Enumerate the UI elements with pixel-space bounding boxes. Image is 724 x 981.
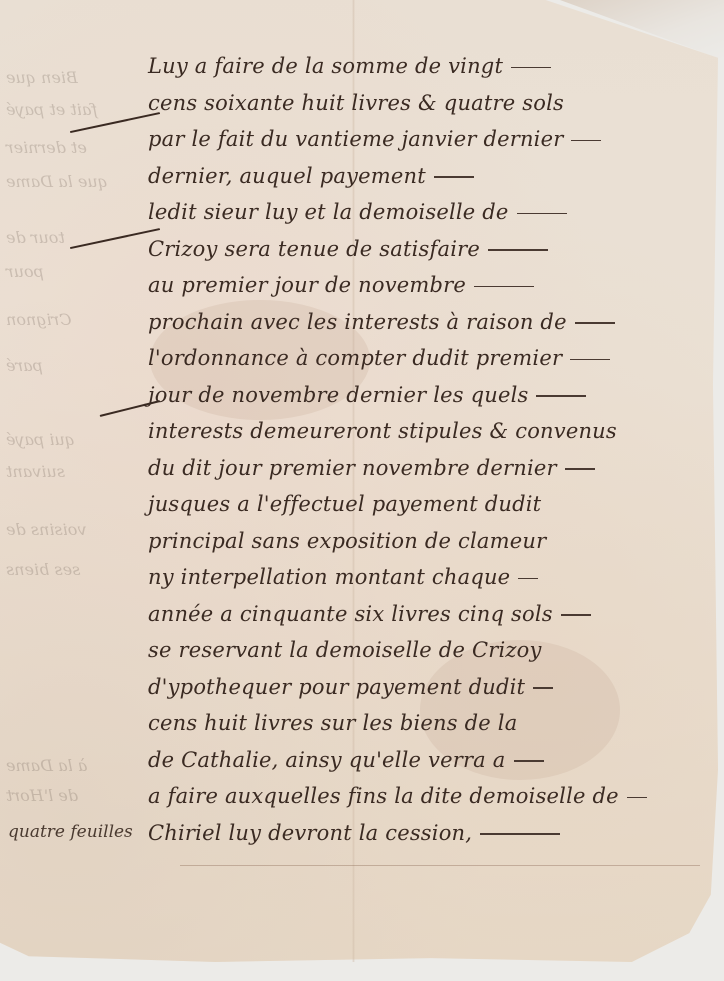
text-line: cens soixante huit livres & quatre sols [148, 85, 708, 122]
text-line: interests demeureront stipules & convenu… [148, 413, 708, 450]
bleed-through-text: pour [6, 262, 44, 281]
bleed-through-text: tour de [6, 228, 65, 247]
text-line: principal sans exposition de clameur [148, 523, 708, 560]
manuscript-scan: Bien que fait et payé et dernier que la … [0, 0, 724, 981]
text-line: jour de novembre dernier les quels [148, 377, 708, 414]
text-line: cens huit livres sur les biens de la [148, 705, 708, 742]
text-line: de Cathalie, ainsy qu'elle verra a [148, 742, 708, 779]
text-line: Chiriel luy devront la cession, [148, 815, 708, 852]
text-line: a faire auxquelles fins la dite demoisel… [148, 778, 708, 815]
text-line: prochain avec les interests à raison de [148, 304, 708, 341]
text-line: dernier, auquel payement [148, 158, 708, 195]
bleed-through-text: de l'Hort [6, 786, 78, 805]
text-line: ledit sieur luy et la demoiselle de [148, 194, 708, 231]
bleed-through-text: à la Dame [6, 756, 87, 775]
margin-note: quatre feuilles [8, 822, 133, 842]
text-line: se reservant la demoiselle de Crizoy [148, 632, 708, 669]
text-line: d'ypothequer pour payement dudit [148, 669, 708, 706]
bleed-through-text: paré [6, 356, 43, 375]
bleed-through-text: et dernier [6, 138, 87, 157]
manuscript-body: Luy a faire de la somme de vingt cens so… [148, 48, 708, 851]
bleed-through-text: qui payé [6, 430, 75, 449]
text-line: Luy a faire de la somme de vingt [148, 48, 708, 85]
text-line: Crizoy sera tenue de satisfaire [148, 231, 708, 268]
bleed-through-text: voisins de [6, 520, 86, 539]
bleed-through-text: ses biens [6, 560, 80, 579]
bleed-through-text: que la Dame [6, 172, 108, 191]
bleed-through-text: fait et payé [6, 100, 97, 119]
text-line: du dit jour premier novembre dernier [148, 450, 708, 487]
text-line: par le fait du vantieme janvier dernier [148, 121, 708, 158]
text-line: ny interpellation montant chaque [148, 559, 708, 596]
text-line: année a cinquante six livres cinq sols [148, 596, 708, 633]
text-line: au premier jour de novembre [148, 267, 708, 304]
ruled-line [180, 865, 700, 866]
text-line: l'ordonnance à compter dudit premier [148, 340, 708, 377]
text-line: jusques a l'effectuel payement dudit [148, 486, 708, 523]
bleed-through-text: Bien que [6, 68, 78, 87]
bleed-through-text: Crignon [6, 310, 72, 329]
bleed-through-text: suivant [6, 462, 65, 481]
